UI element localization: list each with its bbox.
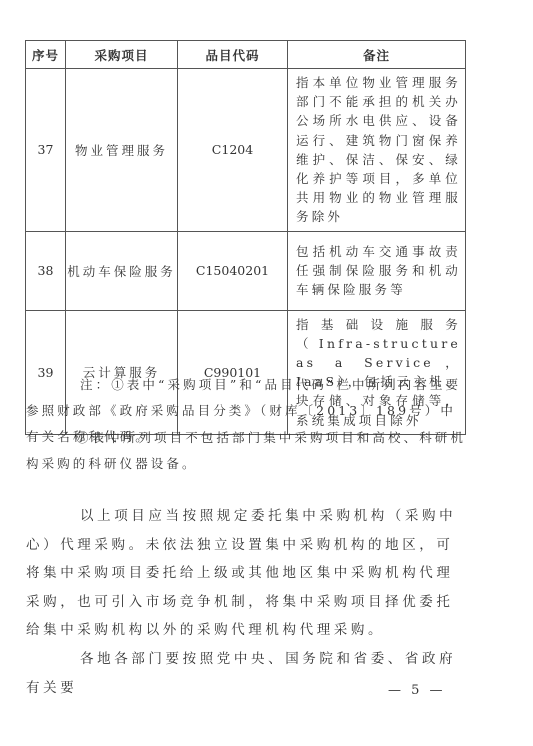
row-note: 包括机动车交通事故责任强制保险服务和机动车辆保险服务等	[288, 231, 466, 310]
table-row: 38 机动车保险服务 C15040201 包括机动车交通事故责任强制保险服务和机…	[26, 231, 466, 310]
row-no: 38	[26, 231, 66, 310]
page-number: — 5 —	[388, 683, 446, 698]
header-code: 品目代码	[178, 41, 288, 69]
header-note: 备注	[288, 41, 466, 69]
row-no: 37	[26, 69, 66, 232]
table-row: 37 物业管理服务 C1204 指本单位物业管理服务部门不能承担的机关办公场所水…	[26, 69, 466, 232]
row-code: C1204	[178, 69, 288, 232]
row-item: 物业管理服务	[66, 69, 178, 232]
table-header-row: 序号 采购项目 品目代码 备注	[26, 41, 466, 69]
header-no: 序号	[26, 41, 66, 69]
header-item: 采购项目	[66, 41, 178, 69]
body-paragraph-1: 以上项目应当按照规定委托集中采购机构（采购中心）代理采购。未依法独立设置集中采购…	[26, 502, 466, 645]
row-code: C15040201	[178, 231, 288, 310]
row-item: 机动车保险服务	[66, 231, 178, 310]
footnote-2: ②表中所列项目不包括部门集中采购项目和高校、科研机构采购的科研仪器设备。	[26, 425, 466, 477]
row-note: 指本单位物业管理服务部门不能承担的机关办公场所水电供应、设备运行、建筑物门窗保养…	[288, 69, 466, 232]
